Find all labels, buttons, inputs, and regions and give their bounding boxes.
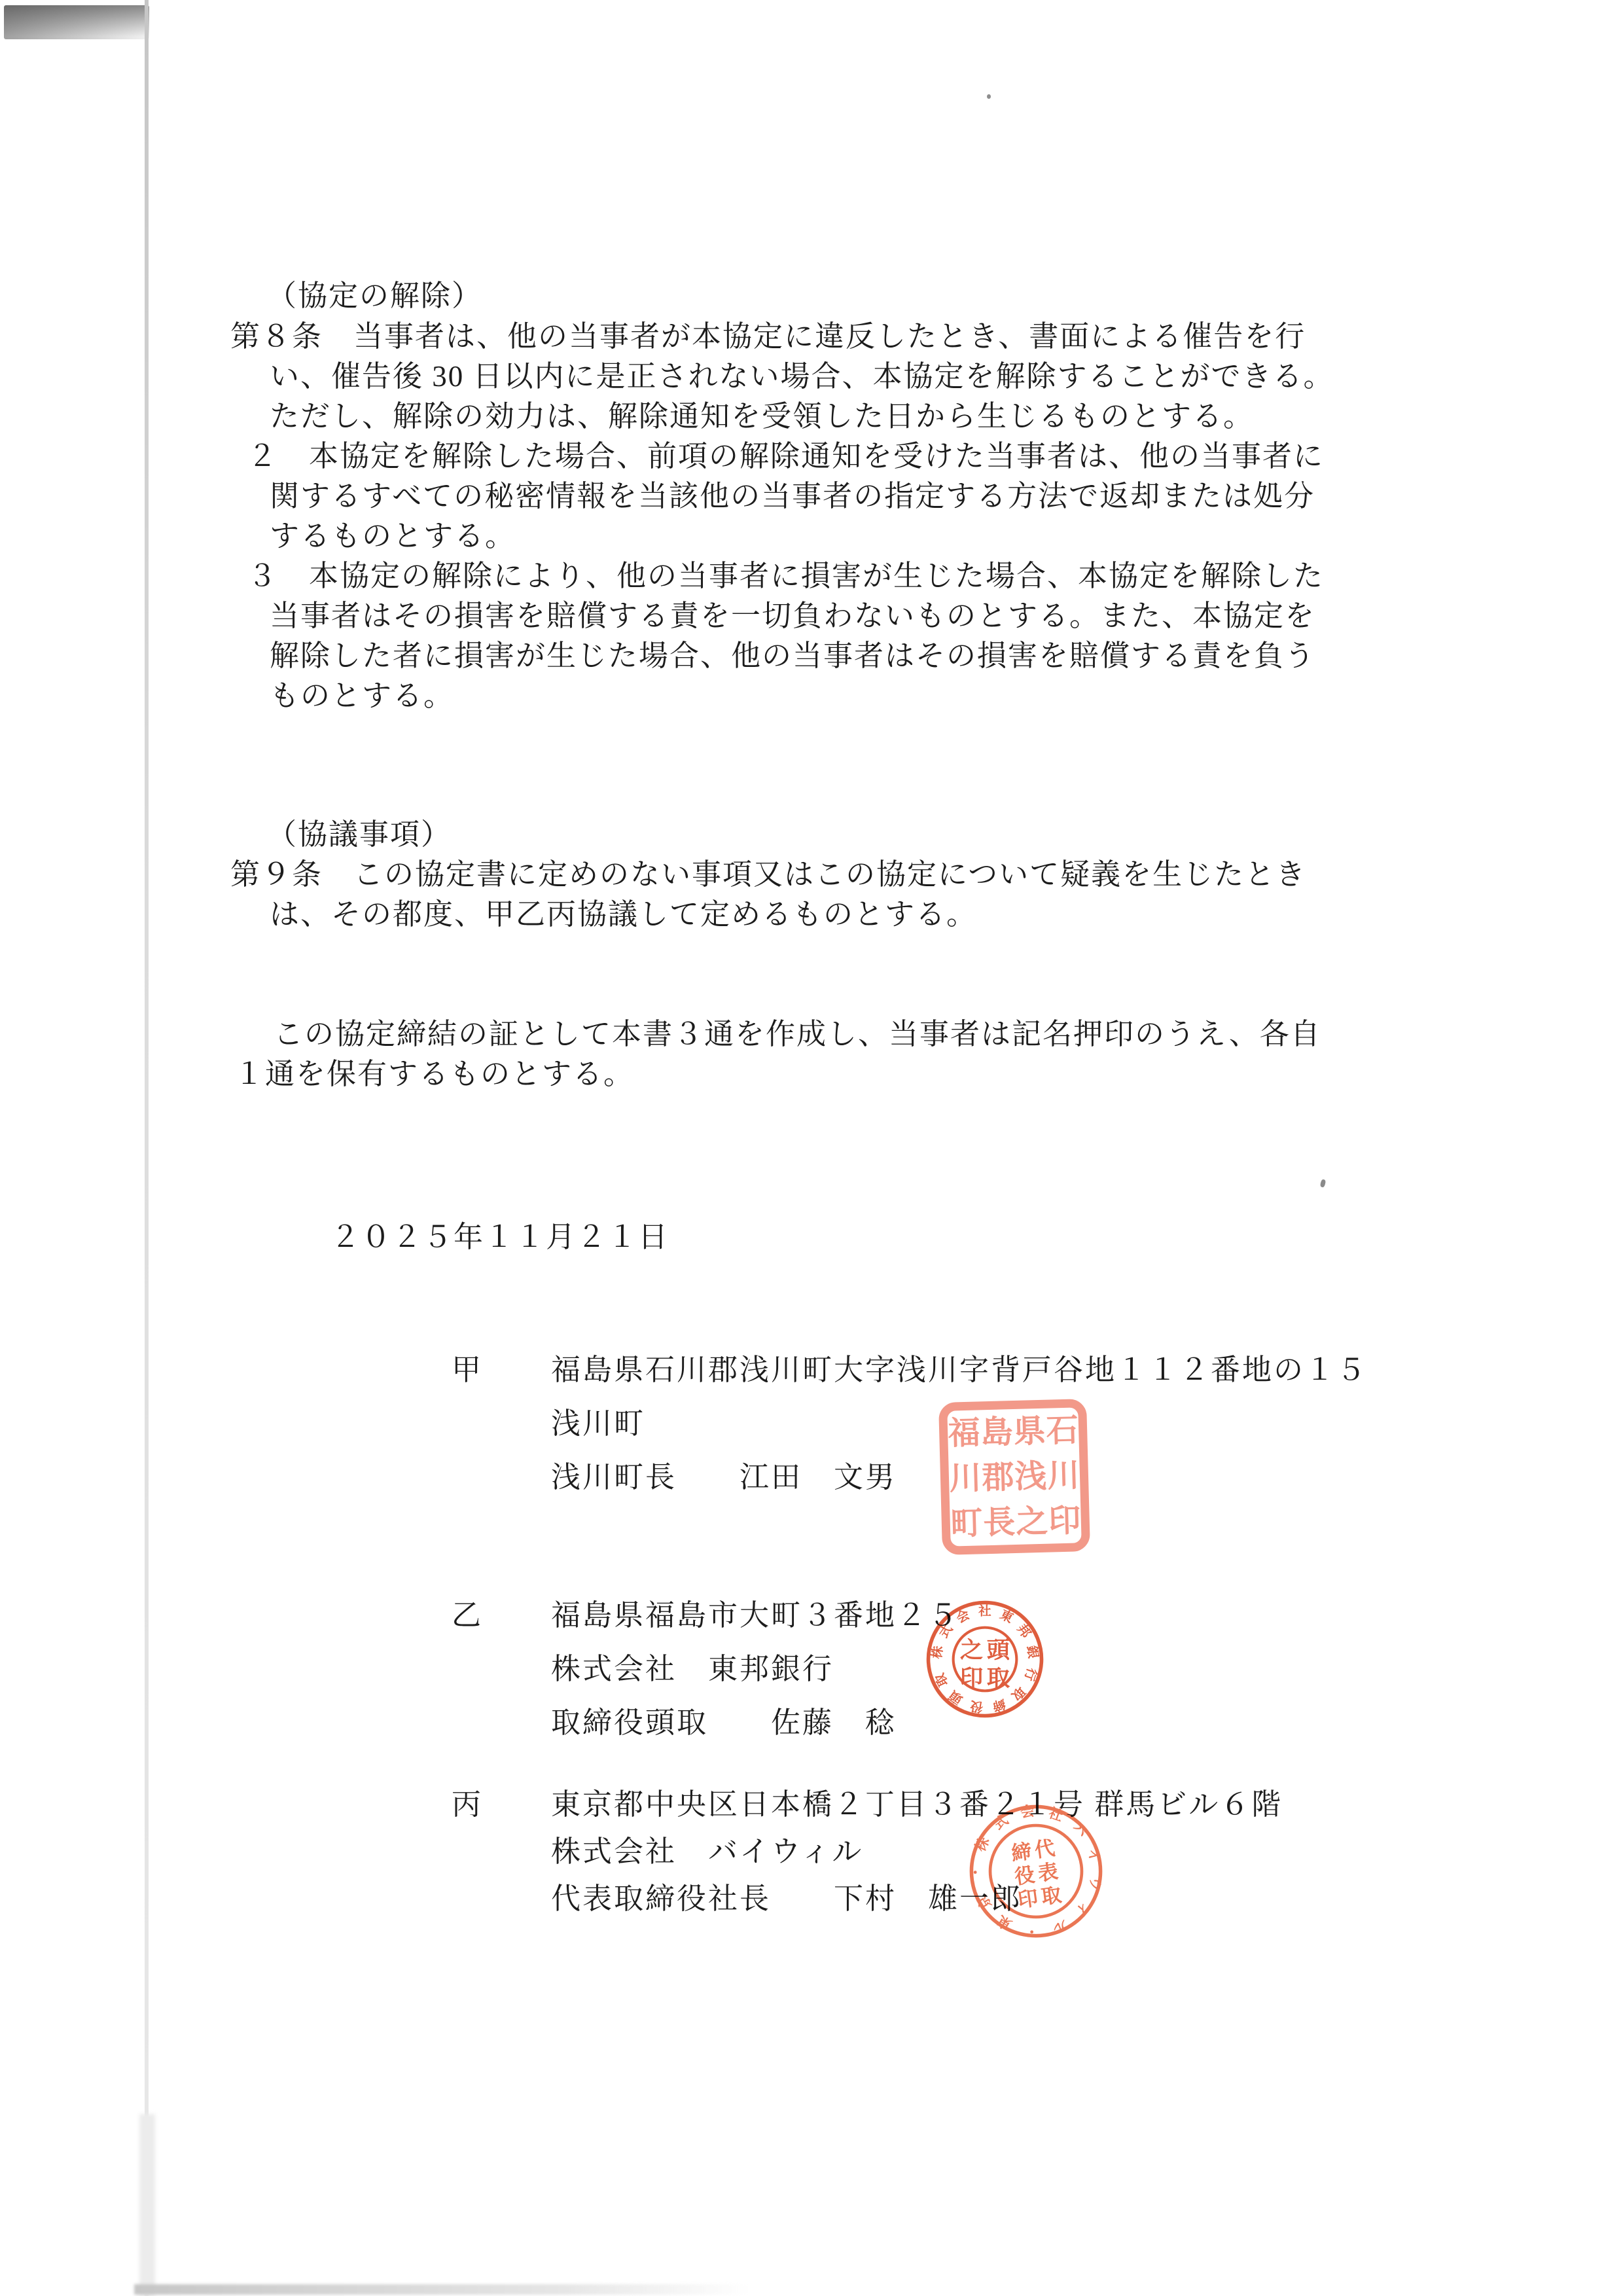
article9-line2: は、その都度、甲乙丙協議して定めるものとする。 bbox=[270, 900, 977, 929]
scanned-document-page: （協定の解除） 第８条 当事者は、他の当事者が本協定に違反したとき、書面による催… bbox=[0, 0, 1623, 2296]
closing-line1: この協定締結の証として本書３通を作成し、当事者は記名押印のうえ、各自 bbox=[274, 1020, 1321, 1049]
scan-fold-line bbox=[145, 0, 149, 2296]
party-b-signer: 取締役頭取 佐藤 稔 bbox=[551, 1698, 897, 1741]
seal-char: 郡 bbox=[982, 1461, 1014, 1494]
article9-line1: 第９条 この協定書に定めのない事項又はこの協定について疑義を生じたとき bbox=[230, 860, 1306, 889]
party-c-address: 東京都中央区日本橋２丁目３番２１号 群馬ビル６階 bbox=[551, 1780, 1283, 1823]
svg-text:・株式会社バイウィル・東京: ・株式会社バイウィル・東京 bbox=[959, 1794, 1113, 1948]
scan-top-edge-shadow bbox=[4, 5, 149, 39]
seal-char: 表 bbox=[1037, 1860, 1060, 1885]
article8-item2-line3: するものとする。 bbox=[270, 522, 516, 551]
scan-edge-smudge bbox=[139, 2114, 155, 2296]
party-a-label: 甲 bbox=[452, 1346, 482, 1388]
seal-char: 取 bbox=[1040, 1884, 1063, 1909]
seal-ring-text: ・株式会社バイウィル・東京 bbox=[959, 1794, 1113, 1948]
seal-char: 印 bbox=[1016, 1887, 1039, 1912]
seal-char: 県 bbox=[1013, 1415, 1046, 1448]
seal-char: 役 bbox=[1013, 1863, 1036, 1888]
seal-char: 締 bbox=[1010, 1840, 1033, 1865]
article8-line1: 第８条 当事者は、他の当事者が本協定に違反したとき、書面による催告を行 bbox=[230, 322, 1306, 351]
seal-char: 川 bbox=[1047, 1459, 1080, 1492]
party-a-signer: 浅川町長 江田 文男 bbox=[551, 1453, 897, 1496]
article8-item3-line2: 当事者はその損害を賠償する責を一切負わないものとする。また、本協定を bbox=[270, 601, 1315, 631]
scan-speck bbox=[1320, 1179, 1327, 1187]
scan-speck bbox=[987, 94, 991, 99]
party-a-address: 福島県石川郡浅川町大字浅川字背戸谷地１１２番地の１５ bbox=[551, 1346, 1368, 1388]
party-c-org: 株式会社 バイウィル bbox=[551, 1827, 863, 1870]
party-a-org: 浅川町 bbox=[551, 1399, 645, 1442]
section-heading-consultation: （協議事項） bbox=[267, 820, 452, 850]
closing-line2: １通を保有するものとする。 bbox=[234, 1060, 634, 1089]
article8-item3-line1: ３ 本協定の解除により、他の当事者に損害が生じた場合、本協定を解除した bbox=[247, 562, 1324, 591]
seal-char: 島 bbox=[980, 1416, 1013, 1448]
seal-char: 浅 bbox=[1014, 1460, 1047, 1493]
party-b-label: 乙 bbox=[452, 1591, 482, 1634]
article8-item2-line1: ２ 本協定を解除した場合、前項の解除通知を受けた当事者は、他の当事者に bbox=[247, 442, 1324, 471]
date-line: ２０２５年１１月２１日 bbox=[330, 1223, 669, 1252]
seal-char: 石 bbox=[1046, 1414, 1079, 1446]
seal-char: 之 bbox=[960, 1638, 983, 1663]
seal-char: 町 bbox=[950, 1507, 983, 1539]
seal-char: 川 bbox=[949, 1462, 982, 1494]
party-b-address: 福島県福島市大町３番地２５ bbox=[551, 1591, 959, 1634]
article8-line2: い、催告後 30 日以内に是正されない場合、本協定を解除することができる。 bbox=[270, 362, 1334, 391]
article8-item3-line3: 解除した者に損害が生じた場合、他の当事者はその損害を賠償する責を負う bbox=[270, 641, 1315, 671]
party-b-org: 株式会社 東邦銀行 bbox=[551, 1645, 834, 1687]
party-c-label: 丙 bbox=[452, 1780, 482, 1823]
seal-char: 福 bbox=[948, 1416, 980, 1449]
seal-char: 之 bbox=[1016, 1505, 1048, 1538]
party-c-signer: 代表取締役社長 下村 雄一郎 bbox=[551, 1874, 1022, 1917]
seal-char: 印 bbox=[1048, 1504, 1081, 1537]
seal-char: 取 bbox=[987, 1666, 1010, 1691]
article8-line3: ただし、解除の効力は、解除通知を受領した日から生じるものとする。 bbox=[270, 402, 1254, 431]
party-c-company-seal-stamp: ・株式会社バイウィル・東京 代 表 取 締 役 印 bbox=[957, 1793, 1114, 1949]
seal-char: 頭 bbox=[987, 1638, 1010, 1663]
scan-bottom-edge-shadow bbox=[134, 2284, 749, 2295]
article8-item3-line4: ものとする。 bbox=[270, 681, 454, 711]
party-b-bank-seal-stamp: 株式会社東邦銀行取締役頭取 頭 取 之 印 bbox=[924, 1598, 1046, 1720]
seal-char: 代 bbox=[1033, 1837, 1056, 1862]
section-heading-termination: （協定の解除） bbox=[267, 281, 482, 311]
party-a-town-seal-stamp: 福 島 県 石 川 郡 浅 川 町 長 之 印 bbox=[938, 1399, 1090, 1555]
article8-item2-line2: 関するすべての秘密情報を当該他の当事者の指定する方法で返却または処分 bbox=[270, 482, 1315, 511]
seal-char: 長 bbox=[983, 1506, 1016, 1539]
seal-char: 印 bbox=[960, 1666, 983, 1691]
